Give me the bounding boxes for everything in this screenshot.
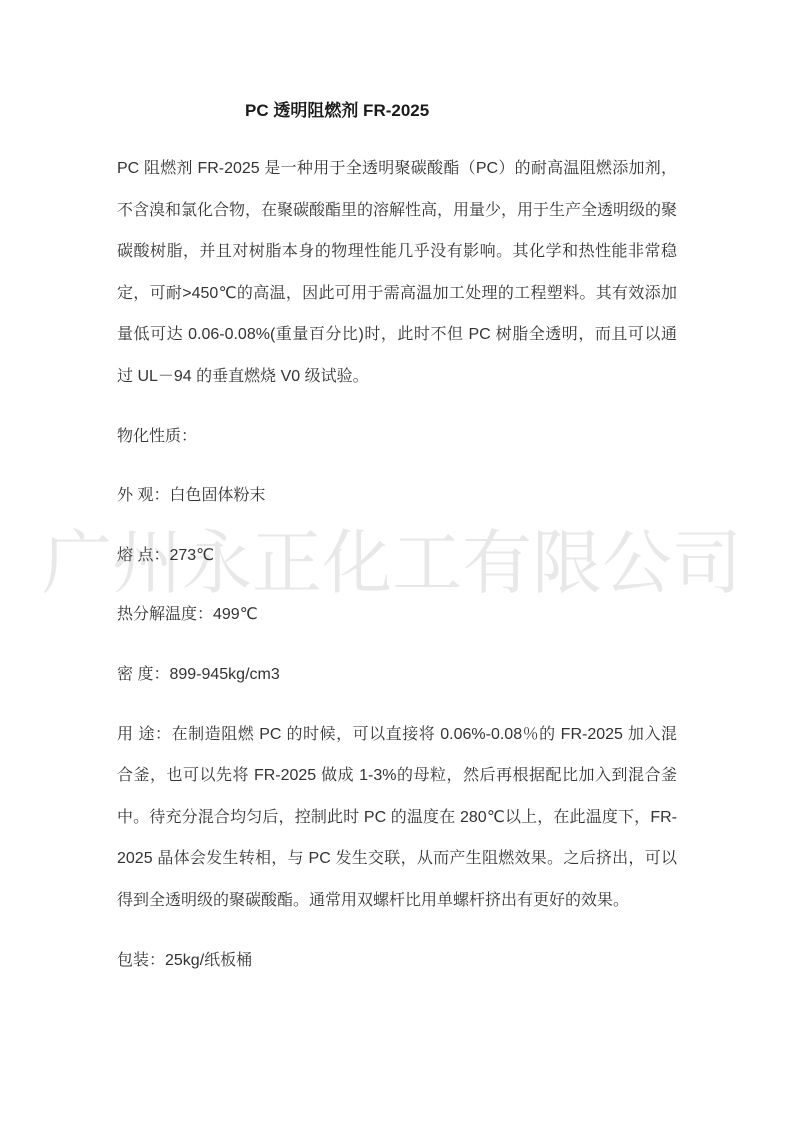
document-page: 广州永正化工有限公司 PC 透明阻燃剂 FR-2025 PC 阻燃剂 FR-20… bbox=[0, 0, 793, 1122]
packaging-line: 包装：25kg/纸板桶 bbox=[117, 940, 677, 982]
property-melting-point: 熔 点：273℃ bbox=[117, 535, 677, 577]
property-density: 密 度：899-945kg/cm3 bbox=[117, 654, 677, 696]
physchem-properties-heading: 物化性质： bbox=[117, 416, 677, 458]
intro-paragraph: PC 阻燃剂 FR-2025 是一种用于全透明聚碳酸酯（PC）的耐高温阻燃添加剂… bbox=[117, 148, 677, 398]
usage-paragraph: 用 途：在制造阻燃 PC 的时候，可以直接将 0.06%-0.08％的 FR-2… bbox=[117, 714, 677, 922]
document-content: PC 透明阻燃剂 FR-2025 PC 阻燃剂 FR-2025 是一种用于全透明… bbox=[117, 96, 677, 981]
property-decomposition-temperature: 热分解温度：499℃ bbox=[117, 594, 677, 636]
document-title: PC 透明阻燃剂 FR-2025 bbox=[117, 96, 677, 126]
property-appearance: 外 观：白色固体粉末 bbox=[117, 475, 677, 517]
